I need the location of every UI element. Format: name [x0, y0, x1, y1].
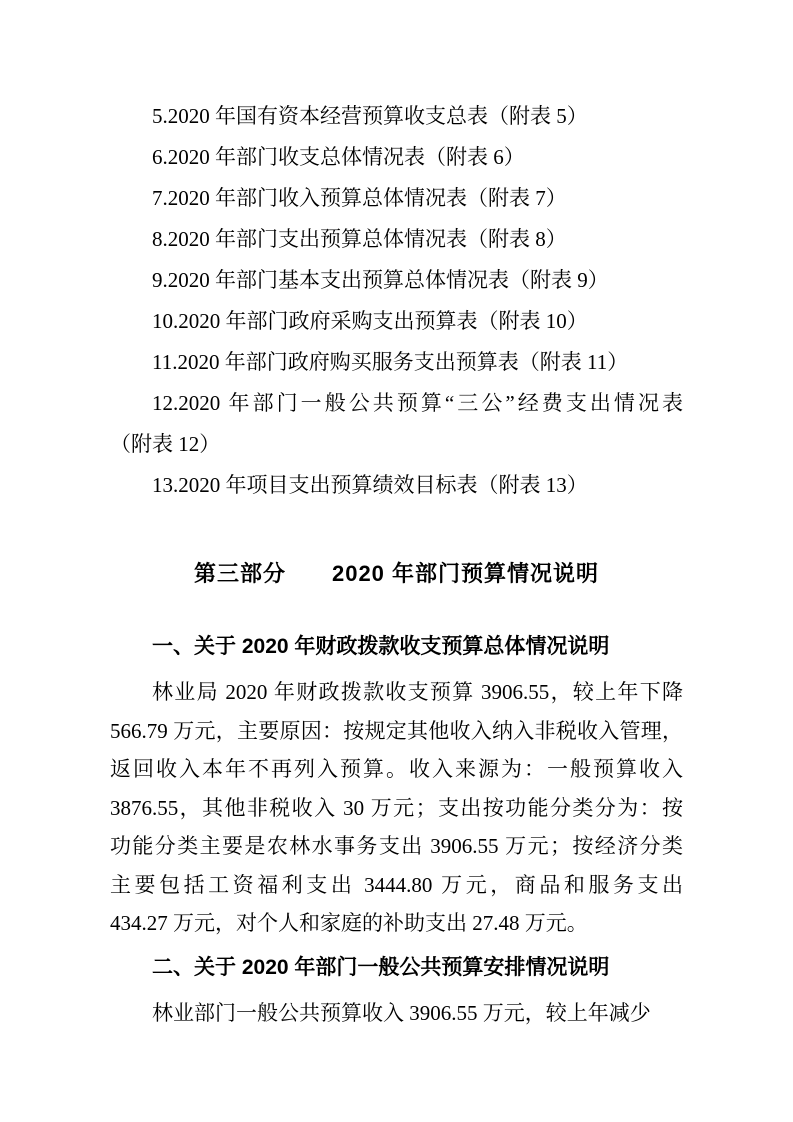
attachment-item-5: 5.2020 年国有资本经营预算收支总表（附表 5）	[110, 96, 683, 137]
paragraph-line: 功能分类主要是农林水事务支出 3906.55 万元；按经济分类	[110, 827, 683, 866]
document-page: 5.2020 年国有资本经营预算收支总表（附表 5） 6.2020 年部门收支总…	[0, 0, 793, 1122]
paragraph-general-budget: 林业部门一般公共预算收入 3906.55 万元，较上年减少	[110, 994, 683, 1033]
attachment-item-11: 11.2020 年部门政府购买服务支出预算表（附表 11）	[110, 342, 683, 383]
attachment-item-8: 8.2020 年部门支出预算总体情况表（附表 8）	[110, 219, 683, 260]
attachment-item-7: 7.2020 年部门收入预算总体情况表（附表 7）	[110, 178, 683, 219]
attachment-item-12-line-1: 12.2020 年部门一般公共预算“三公”经费支出情况表	[110, 383, 683, 424]
paragraph-line: 主要包括工资福利支出 3444.80 万元，商品和服务支出	[110, 866, 683, 905]
attachment-item-12-line-2: （附表 12）	[110, 424, 683, 465]
section-title: 第三部分 2020 年部门预算情况说明	[110, 552, 683, 596]
attachment-item-9: 9.2020 年部门基本支出预算总体情况表（附表 9）	[110, 260, 683, 301]
paragraph-line: 林业部门一般公共预算收入 3906.55 万元，较上年减少	[110, 994, 683, 1033]
attachment-item-6: 6.2020 年部门收支总体情况表（附表 6）	[110, 137, 683, 178]
paragraph-line: 434.27 万元，对个人和家庭的补助支出 27.48 万元。	[110, 904, 683, 943]
paragraph-fiscal-overview: 林业局 2020 年财政拨款收支预算 3906.55，较上年下降 566.79 …	[110, 673, 683, 943]
paragraph-line: 林业局 2020 年财政拨款收支预算 3906.55，较上年下降	[110, 673, 683, 712]
attachment-table-list: 5.2020 年国有资本经营预算收支总表（附表 5） 6.2020 年部门收支总…	[110, 96, 683, 506]
subheading-general-budget: 二、关于 2020 年部门一般公共预算安排情况说明	[110, 948, 683, 988]
paragraph-line: 566.79 万元，主要原因：按规定其他收入纳入非税收入管理，	[110, 712, 683, 751]
attachment-item-13: 13.2020 年项目支出预算绩效目标表（附表 13）	[110, 465, 683, 506]
paragraph-line: 返回收入本年不再列入预算。收入来源为：一般预算收入	[110, 750, 683, 789]
attachment-item-10: 10.2020 年部门政府采购支出预算表（附表 10）	[110, 301, 683, 342]
paragraph-line: 3876.55，其他非税收入 30 万元；支出按功能分类分为：按	[110, 789, 683, 828]
subheading-fiscal-overview: 一、关于 2020 年财政拨款收支预算总体情况说明	[110, 627, 683, 667]
